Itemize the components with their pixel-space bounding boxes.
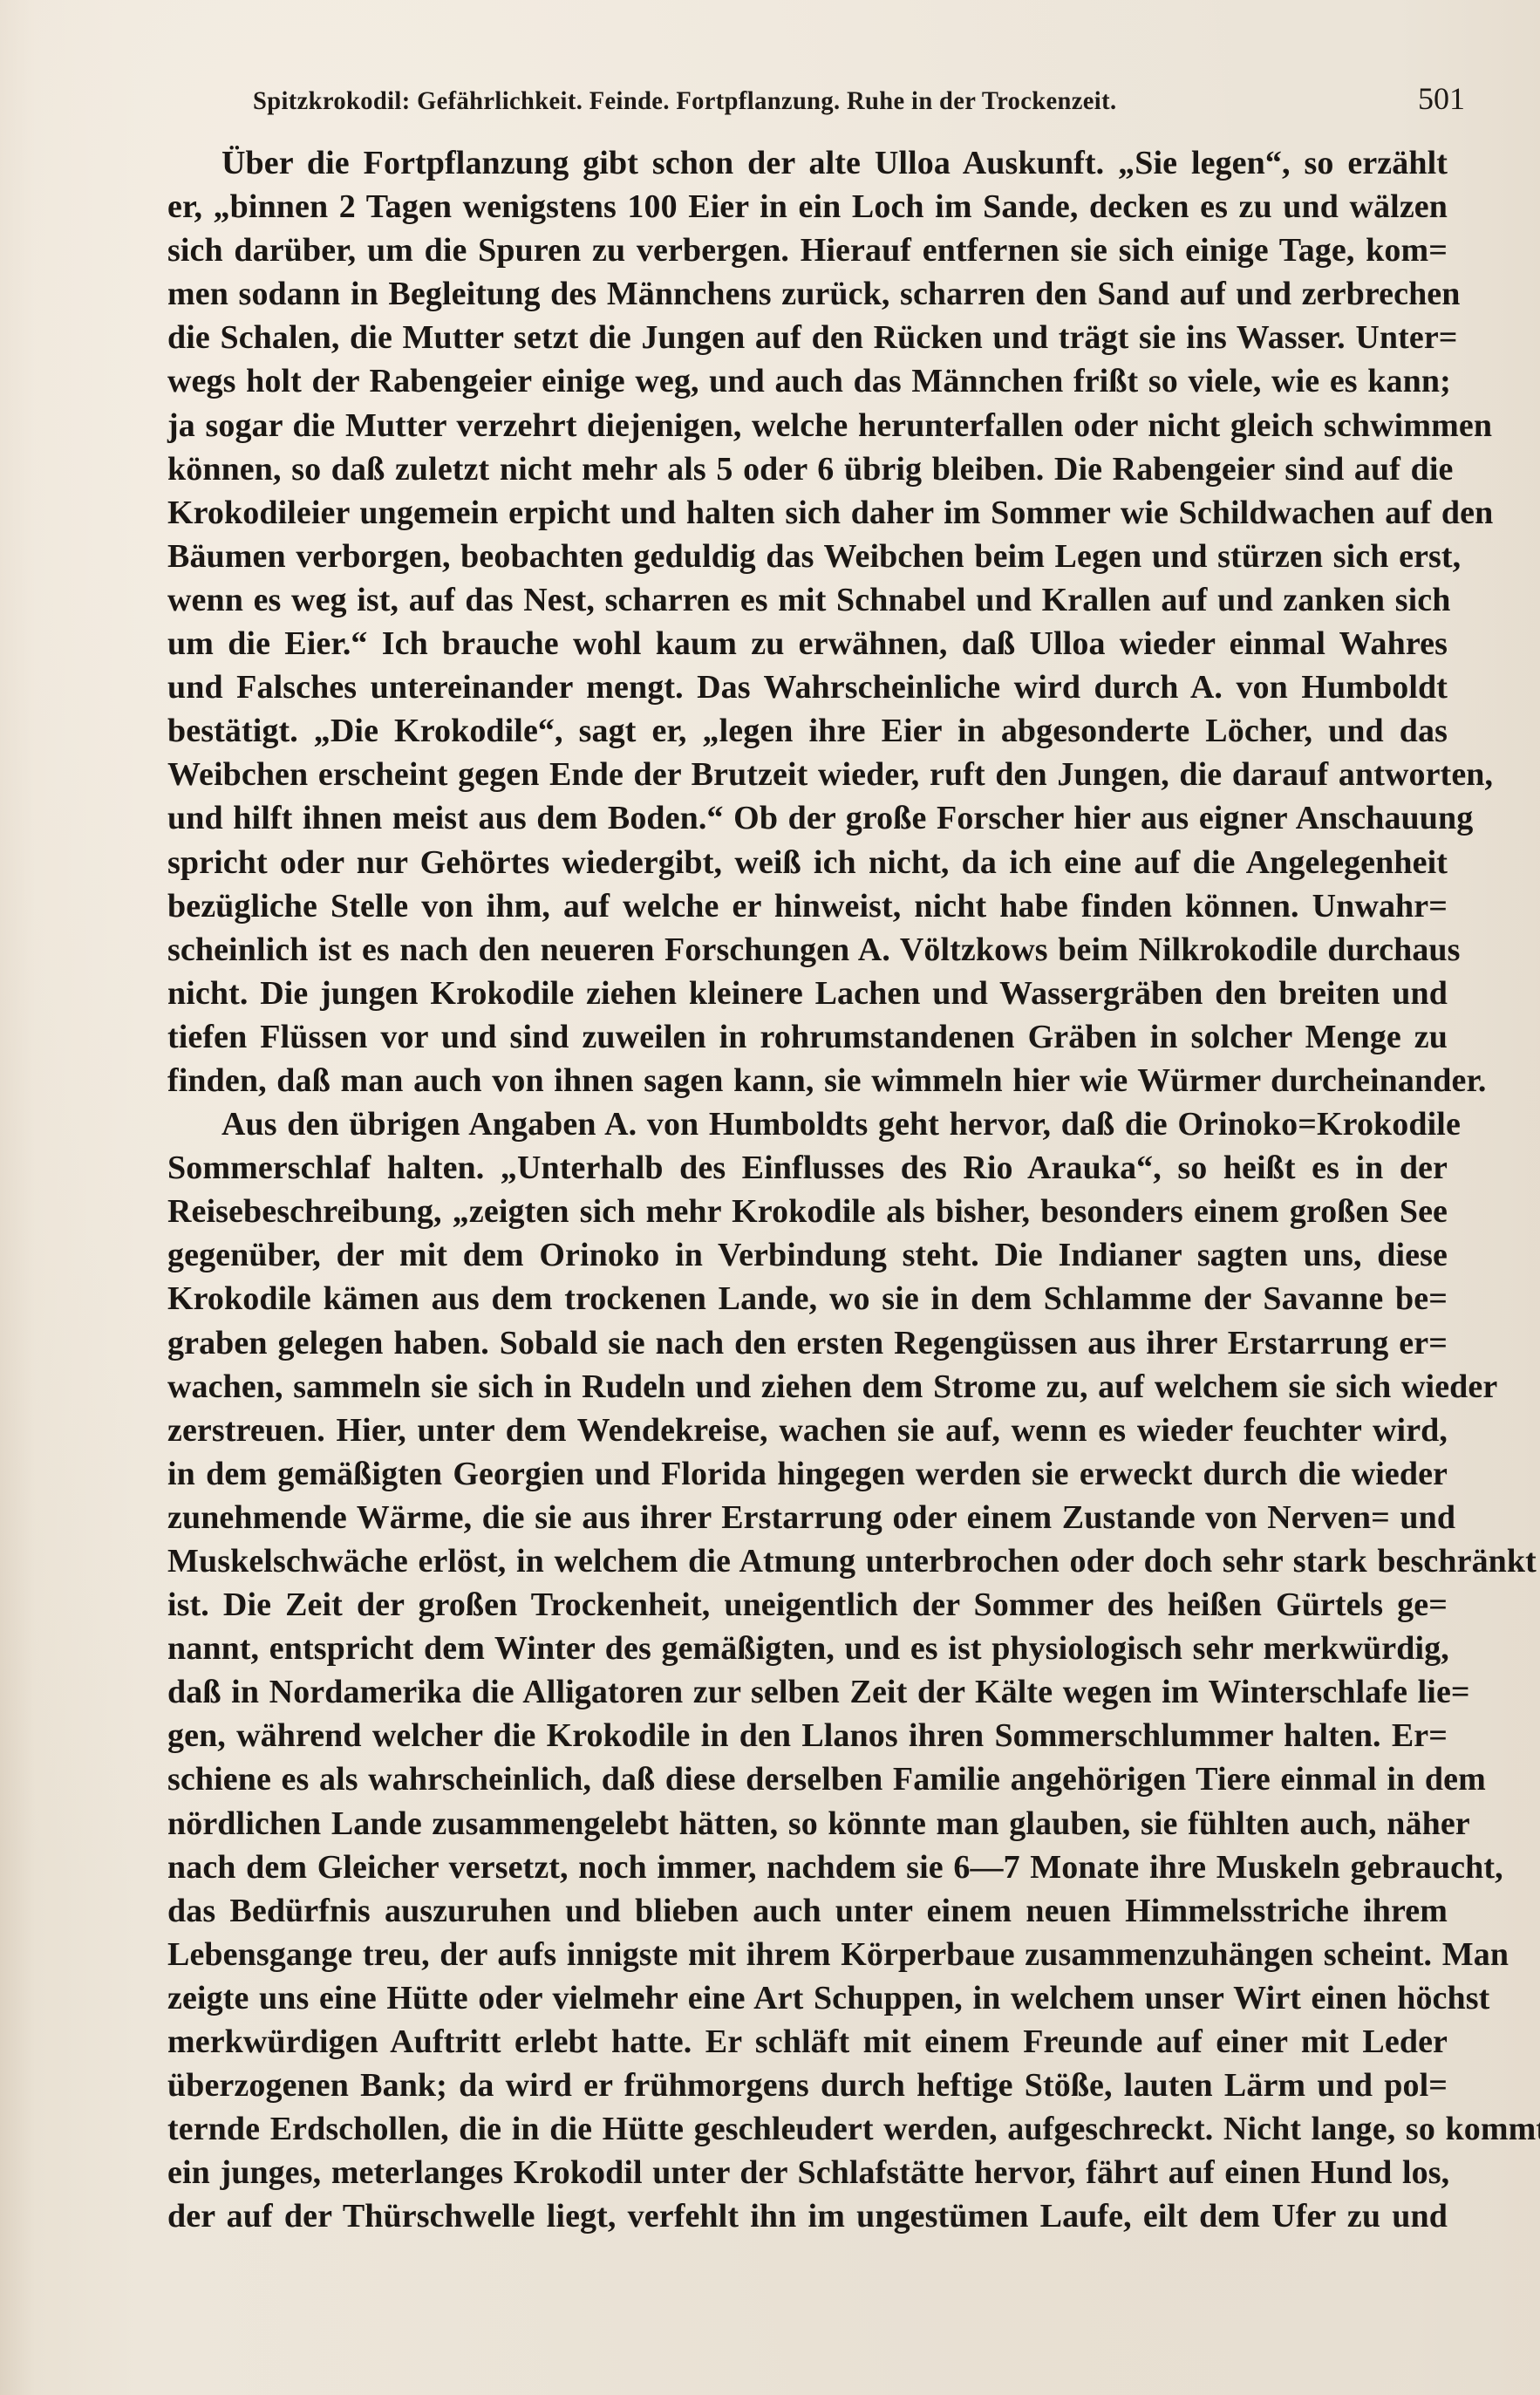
text-line: daß in Nordamerika die Alligatoren zur s… xyxy=(167,1670,1448,1714)
text-line: um die Eier.“ Ich brauche wohl kaum zu e… xyxy=(167,622,1448,665)
running-head: Spitzkrokodil: Gefährlichkeit. Feinde. F… xyxy=(253,80,1465,133)
paragraph-2: Aus den übrigen Angaben A. von Humboldts… xyxy=(167,1102,1448,2238)
page-number: 501 xyxy=(1418,80,1465,117)
text-line: nach dem Gleicher versetzt, noch immer, … xyxy=(167,1846,1448,1889)
text-line: und Falsches untereinander mengt. Das Wa… xyxy=(167,665,1448,709)
text-line: nannt, entspricht dem Winter des gemäßig… xyxy=(167,1627,1448,1670)
text-line: und hilft ihnen meist aus dem Boden.“ Ob… xyxy=(167,796,1448,840)
text-line: finden, daß man auch von ihnen sagen kan… xyxy=(167,1059,1448,1102)
text-line: bestätigt. „Die Krokodile“, sagt er, „le… xyxy=(167,709,1448,753)
text-line: Sommerschlaf halten. „Unterhalb des Einf… xyxy=(167,1146,1448,1190)
text-line: überzogenen Bank; da wird er frühmorgens… xyxy=(167,2064,1448,2107)
text-line: gen, während welcher die Krokodile in de… xyxy=(167,1714,1448,1757)
text-line: Krokodile kämen aus dem trockenen Lande,… xyxy=(167,1277,1448,1320)
text-line: Lebensgange treu, der aufs innigste mit … xyxy=(167,1933,1448,1976)
text-line: ist. Die Zeit der großen Trockenheit, un… xyxy=(167,1583,1448,1627)
text-line: die Schalen, die Mutter setzt die Jungen… xyxy=(167,316,1448,359)
text-line: Über die Fortpflanzung gibt schon der al… xyxy=(167,141,1448,185)
text-line: er, „binnen 2 Tagen wenigstens 100 Eier … xyxy=(167,185,1448,229)
text-line: bezügliche Stelle von ihm, auf welche er… xyxy=(167,884,1448,928)
text-line: ternde Erdschollen, die in die Hütte ges… xyxy=(167,2107,1448,2151)
book-page: Spitzkrokodil: Gefährlichkeit. Feinde. F… xyxy=(0,0,1540,2395)
text-line: zerstreuen. Hier, unter dem Wendekreise,… xyxy=(167,1409,1448,1452)
text-line: das Bedürfnis auszuruhen und blieben auc… xyxy=(167,1889,1448,1933)
text-line: merkwürdigen Auftritt erlebt hatte. Er s… xyxy=(167,2020,1448,2064)
text-line: Aus den übrigen Angaben A. von Humboldts… xyxy=(167,1102,1448,1146)
text-line: tiefen Flüssen vor und sind zuweilen in … xyxy=(167,1015,1448,1059)
text-line: können, so daß zuletzt nicht mehr als 5 … xyxy=(167,447,1448,491)
text-line: schiene es als wahrscheinlich, daß diese… xyxy=(167,1757,1448,1801)
text-line: ja sogar die Mutter verzehrt diejenigen,… xyxy=(167,404,1448,447)
text-line: nicht. Die jungen Krokodile ziehen klein… xyxy=(167,972,1448,1015)
text-line: zunehmende Wärme, die sie aus ihrer Erst… xyxy=(167,1496,1448,1539)
text-line: zeigte uns eine Hütte oder vielmehr eine… xyxy=(167,1976,1448,2020)
text-line: wenn es weg ist, auf das Nest, scharren … xyxy=(167,578,1448,622)
text-line: scheinlich ist es nach den neueren Forsc… xyxy=(167,928,1448,972)
text-line: wegs holt der Rabengeier einige weg, und… xyxy=(167,359,1448,403)
text-line: Bäumen verborgen, beobachten geduldig da… xyxy=(167,535,1448,578)
text-line: sich darüber, um die Spuren zu verbergen… xyxy=(167,229,1448,272)
text-line: in dem gemäßigten Georgien und Florida h… xyxy=(167,1452,1448,1496)
text-line: ein junges, meterlanges Krokodil unter d… xyxy=(167,2151,1448,2194)
text-line: graben gelegen haben. Sobald sie nach de… xyxy=(167,1321,1448,1365)
body-text: Über die Fortpflanzung gibt schon der al… xyxy=(167,141,1448,2239)
text-line: Weibchen erscheint gegen Ende der Brutze… xyxy=(167,753,1448,796)
text-line: men sodann in Begleitung des Männchens z… xyxy=(167,272,1448,316)
text-line: wachen, sammeln sie sich in Rudeln und z… xyxy=(167,1365,1448,1409)
text-line: gegenüber, der mit dem Orinoko in Verbin… xyxy=(167,1233,1448,1277)
text-line: nördlichen Lande zusammengelebt hätten, … xyxy=(167,1802,1448,1846)
text-line: Reisebeschreibung, „zeigten sich mehr Kr… xyxy=(167,1190,1448,1233)
paragraph-1: Über die Fortpflanzung gibt schon der al… xyxy=(167,141,1448,1102)
text-line: der auf der Thürschwelle liegt, verfehlt… xyxy=(167,2194,1448,2238)
text-line: Krokodileier ungemein erpicht und halten… xyxy=(167,491,1448,535)
running-title: Spitzkrokodil: Gefährlichkeit. Feinde. F… xyxy=(253,86,1116,116)
text-line: spricht oder nur Gehörtes wiedergibt, we… xyxy=(167,841,1448,884)
text-line: Muskelschwäche erlöst, in welchem die At… xyxy=(167,1539,1448,1583)
